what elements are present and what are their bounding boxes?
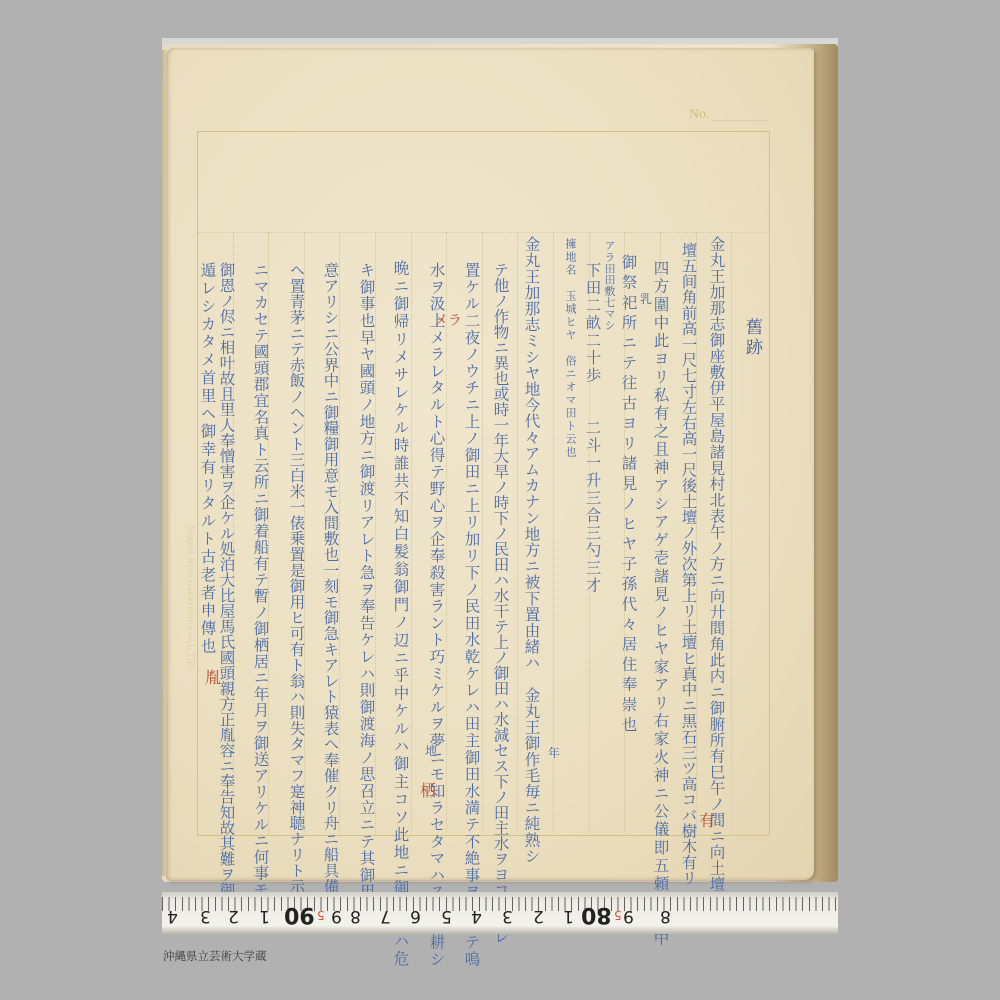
column-rule — [731, 232, 732, 834]
text-column: 御恩ノ侭ニ相叶故且里人奉憎害ヲ企ケル処泊大比屋馬氏國頭親方正胤容ニ奉告知故其難ヲ… — [218, 262, 234, 898]
text-column: キ御事也早ヤ國頭ノ地方ニ御渡リアレト急ヲ奉告ケレハ則御渡海ノ思召立ニテ其御用 — [358, 262, 374, 900]
ruler-label: 90 — [284, 902, 315, 927]
text-column-small: 擁地名 玉城ヒヤ 俗ニオマ田ト云也 — [565, 238, 576, 459]
ruler-label: 8 — [350, 906, 361, 926]
text-column: 御祭祀所ニテ往古ヨリ諸見ノヒヤ子孫代々居住奉崇也 — [620, 254, 636, 736]
form-number-blank — [714, 120, 768, 121]
collection-caption: 沖縄県立芸術大学蔵 — [163, 948, 267, 964]
interlinear-note: 乳 — [640, 290, 652, 307]
interlinear-note: 年 — [548, 744, 560, 761]
text-column: 壇五间角前高一尺七寸左右高一尺後土壇ノ外次第上リ土壇ヒ真中ニ黒石三ツ高コバ樹木有… — [680, 242, 696, 886]
text-column: 置ケル二夜ノウチニ上ノ御田ニ上リ加リ下ノ民田水乾ケレハ田主御田水満テ不絶事ヲ怪ミ… — [463, 262, 479, 968]
text-column: 意アリシニ公界中ニ御糧御用意モ入間敷也一刻モ御急キアレト猿表ヘ奉催クリ舟ニ船具備 — [322, 262, 338, 894]
ruler-label: 1 — [563, 906, 574, 926]
ruler-label: 9 — [623, 906, 634, 926]
printer-imprint: Nippon Note Gakuyohin Co.,L.T.D. — [186, 525, 196, 671]
text-column-small: アラ田田敷七マシ — [604, 240, 615, 330]
red-correction-mark: 胤 — [205, 665, 221, 688]
text-column: ニマカセテ國頭郡宜名真ト云所ニ御着船有テ暫ノ御栖居ニ年月ヲ御送アリケルニ何事モ — [252, 262, 268, 898]
text-column: 四方圍中此ヨリ私有之且神アシアゲ壱諸見ノヒヤ家アリ右家火神ニ公儀即五頼盃島中 — [652, 260, 668, 948]
text-column: 遁レシカタメ首里ヘ御幸有リタルト古老者申傳也 — [199, 262, 215, 656]
text-column: 下田二畝二十歩 二斗一升三合三勺三才 — [584, 262, 600, 595]
text-column: テ他ノ作物ニ異也或時一年大旱ノ時下ノ民田ハ水干テ上ノ御田ハ水減セス下ノ田主水ヲヨ… — [492, 262, 508, 944]
ruler-label: 4 — [167, 906, 178, 926]
header-rule — [198, 232, 768, 233]
text-column: 水ヲ汲上メラレタルト心得テ野心ヲ企奉殺害ラント巧ミケルヲ夢ニモ知ラセタマハス田ヲ… — [428, 262, 444, 968]
form-number-label: No. — [689, 107, 710, 123]
column-rule — [517, 232, 518, 834]
interlinear-note: 地 — [425, 742, 437, 759]
ruler-label: 6 — [410, 906, 421, 926]
ruler-label: 1 — [259, 906, 270, 926]
ruler-label: 5 — [441, 906, 452, 926]
ruler-label: 9 — [331, 906, 342, 926]
column-rule — [482, 232, 483, 834]
ruler-label: 2 — [228, 906, 239, 926]
text-column: ヘ置青茅ニテ赤飯ノヘント三白米一俵乗置是御用ヒ可有ト翁ハ則失タマフ寔神聴ナリト示… — [288, 262, 304, 910]
header-band — [197, 131, 768, 232]
ruler-label: 8 — [660, 906, 671, 926]
red-correction-mark: メラ — [434, 310, 462, 330]
red-correction-mark: 有 — [699, 808, 715, 831]
document-title: 舊跡 — [743, 318, 760, 358]
ruler-label: 5 — [317, 908, 325, 922]
ruler-label: 7 — [380, 906, 391, 926]
ruler-label: 3 — [200, 906, 211, 926]
red-correction-mark: 栖 — [420, 778, 436, 801]
text-column: 金丸王加那志御座敷伊平屋島諸見村北表午ノ方ニ向廾間角此内ニ御腑所有巳午ノ間ニ向土… — [708, 236, 724, 892]
text-column: 金丸王加那志ミシヤ地今代々アムカナン地方ニ被下置由緒ハ 金丸王御作毛毎ニ純熟シ — [523, 236, 539, 864]
ruler-label: 80 — [581, 902, 612, 927]
ruler-label: 5 — [614, 908, 622, 922]
ruler-label: 2 — [533, 906, 544, 926]
ruler-label: 3 — [502, 906, 513, 926]
ruler-label: 4 — [471, 906, 482, 926]
column-rule — [411, 232, 412, 834]
text-column: 晩ニ御帰リメサレケル時誰共不知白髪翁御門ノ辺ニ乎中ケルハ御主コソ此地ニ御栖居ハ危 — [392, 260, 408, 968]
